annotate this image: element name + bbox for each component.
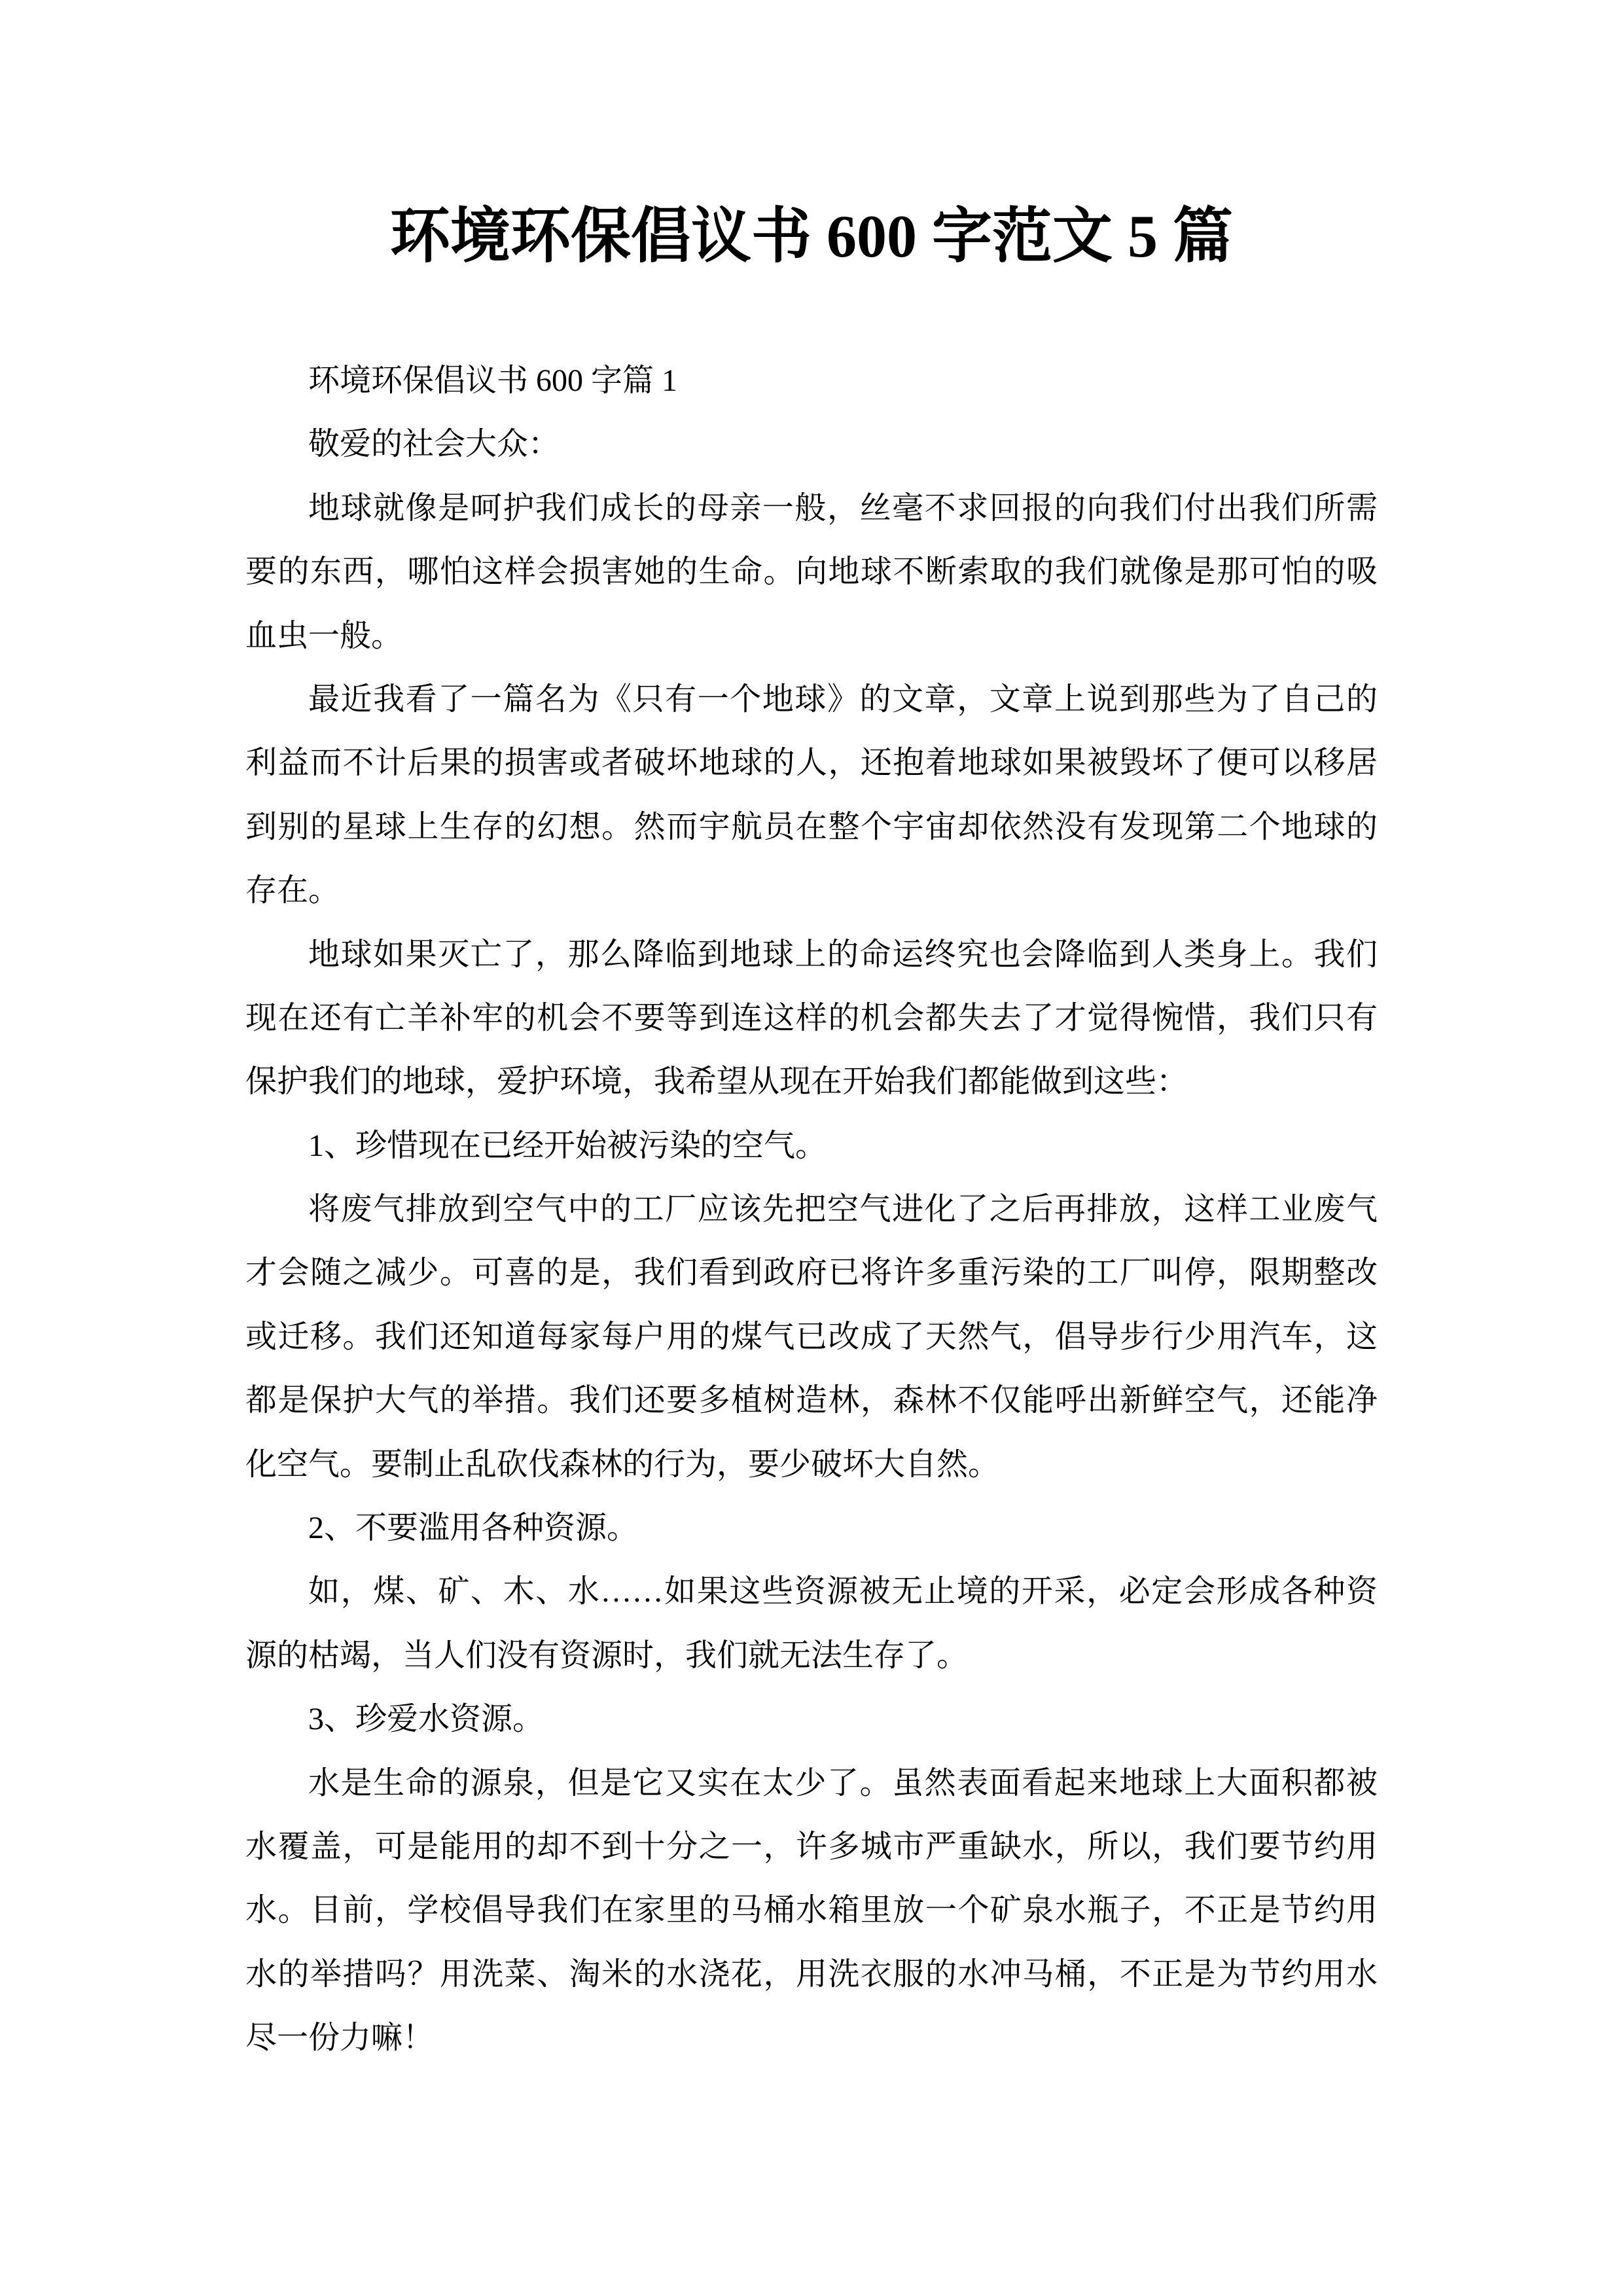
text-line: 地球如果灭亡了，那么降临到地球上的命运终究也会降临到人类身上。我们 bbox=[245, 923, 1378, 986]
text-line: 2、不要滥用各种资源。 bbox=[245, 1496, 1378, 1560]
text-line: 3、珍爱水资源。 bbox=[245, 1687, 1378, 1751]
text-line: 都是保护大气的举措。我们还要多植树造林，森林不仅能呼出新鲜空气，还能净 bbox=[245, 1369, 1378, 1432]
text-line: 地球就像是呵护我们成长的母亲一般，丝毫不求回报的向我们付出我们所需 bbox=[245, 476, 1378, 540]
text-line: 如，煤、矿、木、水……如果这些资源被无止境的开采，必定会形成各种资 bbox=[245, 1560, 1378, 1623]
text-line: 到别的星球上生存的幻想。然而宇航员在整个宇宙却依然没有发现第二个地球的 bbox=[245, 795, 1378, 859]
text-line: 水。目前，学校倡导我们在家里的马桶水箱里放一个矿泉水瓶子，不正是节约用 bbox=[245, 1878, 1378, 1942]
text-line: 利益而不计后果的损害或者破坏地球的人，还抱着地球如果被毁坏了便可以移居 bbox=[245, 731, 1378, 795]
text-line: 存在。 bbox=[245, 859, 1378, 922]
text-line: 敬爱的社会大众： bbox=[245, 412, 1378, 476]
text-line: 环境环保倡议书 600 字篇 1 bbox=[245, 349, 1378, 412]
text-line: 才会随之减少。可喜的是，我们看到政府已将许多重污染的工厂叫停，限期整改 bbox=[245, 1241, 1378, 1304]
text-line: 保护我们的地球，爱护环境，我希望从现在开始我们都能做到这些： bbox=[245, 1050, 1378, 1113]
document-title: 环境环保倡议书 600 字范文 5 篇 bbox=[0, 200, 1623, 272]
text-line: 尽一份力嘛！ bbox=[245, 2006, 1378, 2070]
text-line: 现在还有亡羊补牢的机会不要等到连这样的机会都失去了才觉得惋惜，我们只有 bbox=[245, 986, 1378, 1050]
text-line: 要的东西，哪怕这样会损害她的生命。向地球不断索取的我们就像是那可怕的吸 bbox=[245, 540, 1378, 603]
text-line: 水覆盖，可是能用的却不到十分之一，许多城市严重缺水，所以，我们要节约用 bbox=[245, 1815, 1378, 1878]
text-line: 化空气。要制止乱砍伐森林的行为，要少破坏大自然。 bbox=[245, 1433, 1378, 1496]
text-line: 水是生命的源泉，但是它又实在太少了。虽然表面看起来地球上大面积都被 bbox=[245, 1751, 1378, 1815]
document-page: 环境环保倡议书 600 字范文 5 篇 环境环保倡议书 600 字篇 1敬爱的社… bbox=[0, 0, 1623, 2296]
text-line: 水的举措吗？用洗菜、淘米的水浇花，用洗衣服的水冲马桶，不正是为节约用水 bbox=[245, 1943, 1378, 2006]
text-line: 将废气排放到空气中的工厂应该先把空气进化了之后再排放，这样工业废气 bbox=[245, 1177, 1378, 1241]
document-body: 环境环保倡议书 600 字篇 1敬爱的社会大众：地球就像是呵护我们成长的母亲一般… bbox=[245, 349, 1378, 2070]
text-line: 最近我看了一篇名为《只有一个地球》的文章，文章上说到那些为了自己的 bbox=[245, 668, 1378, 731]
text-line: 源的枯竭，当人们没有资源时，我们就无法生存了。 bbox=[245, 1624, 1378, 1687]
text-line: 或迁移。我们还知道每家每户用的煤气已改成了天然气，倡导步行少用汽车，这 bbox=[245, 1305, 1378, 1369]
text-line: 1、珍惜现在已经开始被污染的空气。 bbox=[245, 1114, 1378, 1177]
text-line: 血虫一般。 bbox=[245, 604, 1378, 668]
